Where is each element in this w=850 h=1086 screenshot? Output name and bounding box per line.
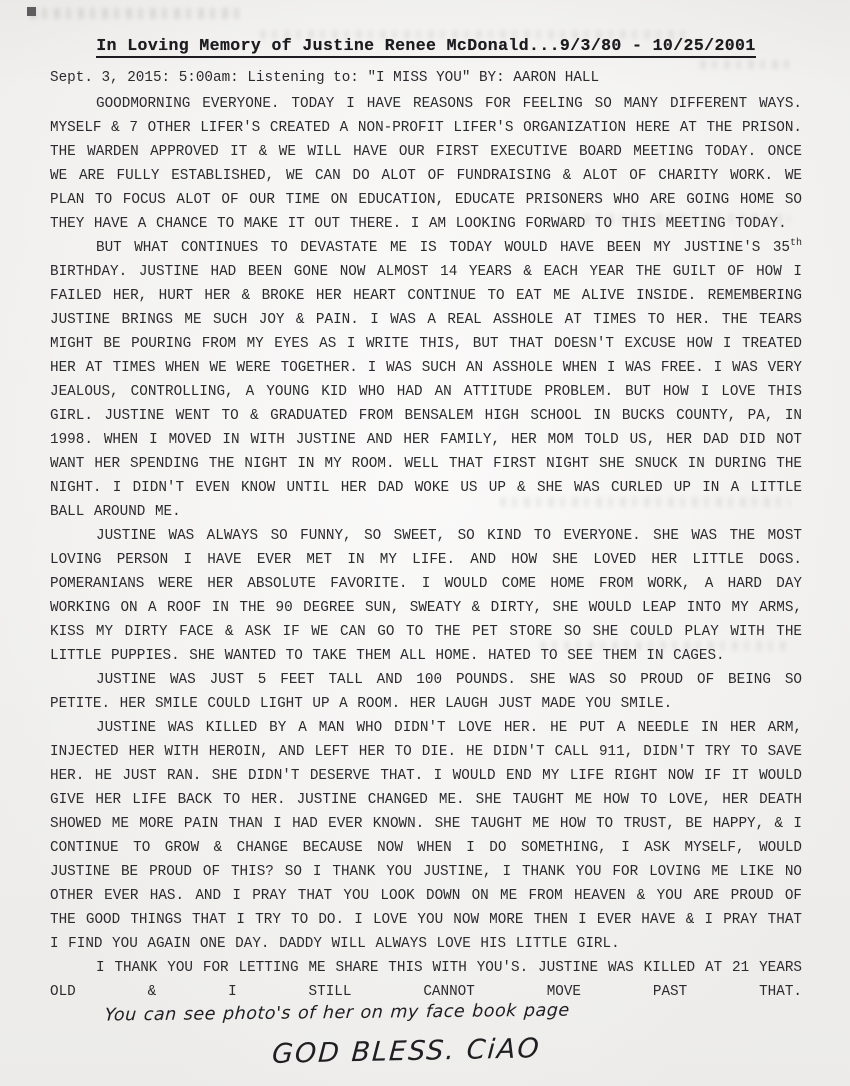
handwritten-closing: GOD BLESS. CiAO — [271, 1033, 542, 1070]
title-row: In Loving Memory of Justine Renee McDona… — [50, 36, 802, 58]
paragraph-goodmorning: GOODMORNING EVERYONE. TODAY I HAVE REASO… — [50, 92, 802, 236]
paragraph-birthday: BUT WHAT CONTINUES TO DEVASTATE ME IS TO… — [50, 236, 802, 524]
scan-corner-mark — [27, 7, 36, 16]
paragraph-thanks-typed: I THANK YOU FOR LETTING ME SHARE THIS WI… — [50, 960, 802, 1000]
paragraph-birthday-text-b: BIRTHDAY. JUSTINE HAD BEEN GONE NOW ALMO… — [50, 264, 802, 520]
paragraph-birthday-text-a: BUT WHAT CONTINUES TO DEVASTATE ME IS TO… — [96, 240, 790, 256]
letter-body: GOODMORNING EVERYONE. TODAY I HAVE REASO… — [50, 92, 802, 1030]
memorial-title: In Loving Memory of Justine Renee McDona… — [96, 36, 755, 58]
letter-page: In Loving Memory of Justine Renee McDona… — [0, 0, 850, 1086]
date-listening-line: Sept. 3, 2015: 5:00am: Listening to: "I … — [50, 66, 802, 90]
ordinal-superscript: th — [790, 238, 802, 249]
scan-smudge — [30, 8, 240, 19]
paragraph-thanks: I THANK YOU FOR LETTING ME SHARE THIS WI… — [50, 956, 802, 1030]
closing-row: GOD BLESS. CiAO — [50, 1036, 802, 1067]
paragraph-killed: JUSTINE WAS KILLED BY A MAN WHO DIDN'T L… — [50, 716, 802, 956]
scanned-letter-page: { "letter": { "title": "In Loving Memory… — [0, 0, 850, 1086]
handwritten-facebook-note: You can see photo's of her on my face bo… — [58, 999, 570, 1028]
paragraph-personality: JUSTINE WAS ALWAYS SO FUNNY, SO SWEET, S… — [50, 524, 802, 668]
paragraph-petite: JUSTINE WAS JUST 5 FEET TALL AND 100 POU… — [50, 668, 802, 716]
